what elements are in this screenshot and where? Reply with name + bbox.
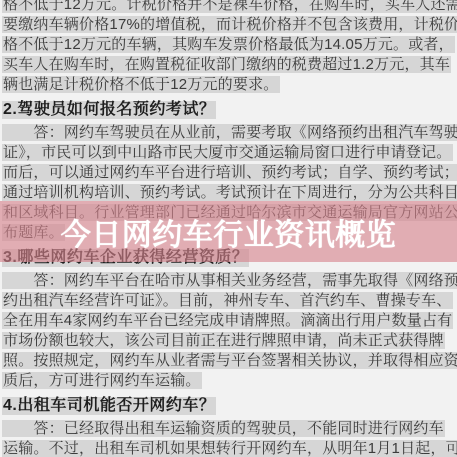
text-line: 运输。不过，出租车司机如果想转行开网约车，从明年1月1日起，可 — [2, 439, 457, 457]
text-line-text: 约出租汽车经营许可证》。目前，神州专车、首汽约车、曹操专车、 — [2, 292, 453, 309]
text-line-text: 答：已经取得出租车运输资质的驾驶员，不能同时进行网约车 — [2, 420, 445, 437]
text-line: 而后，可以通过网约车平台进行培训、预约考试；自学、预约考试； — [2, 163, 457, 183]
text-line: 全在用车4家网约车平台已经完成申请牌照。滴滴出行用户数量占有 — [2, 311, 457, 331]
banner-overlay: 今日网约车行业资讯概览 — [0, 201, 457, 262]
text-line: 买车人在购车时，在购置税征收部门缴纳的税费超过1.2万元，其车 — [2, 55, 457, 75]
text-line-text: 全在用车4家网约车平台已经完成申请牌照。滴滴出行用户数量占有 — [2, 312, 453, 329]
text-line-text: 格不低于12万元的车辆，其购车发票价格最低为14.05万元。或者， — [2, 36, 455, 53]
text-line-text: 答：网约车驾驶员在从业前，需要考取《网络预约出租汽车驾驶 — [2, 124, 457, 141]
text-line: 格不低于12万元的车辆，其购车发票价格最低为14.05万元。或者， — [2, 35, 457, 55]
text-line: 答：网约车平台在哈市从事相关业务经营，需事先取得《网络预 — [2, 271, 457, 291]
text-line: 约出租汽车经营许可证》。目前，神州专车、首汽约车、曹操专车、 — [2, 291, 457, 311]
text-line: 答：网约车驾驶员在从业前，需要考取《网络预约出租汽车驾驶 — [2, 123, 457, 143]
banner-title: 今日网约车行业资讯概览 — [61, 210, 397, 254]
text-line: 通过培训机构培训、预约考试。考试预计在下周进行，分为公共科目 — [2, 183, 457, 203]
section-heading: 4.出租车司机能否开网约车？ — [2, 395, 457, 416]
text-line-text: 证》，市民可以到中山路市民大厦市交通运输局窗口进行申请登记。 — [2, 144, 453, 161]
text-line-text: 格不低于12万元。计税价格并不是裸车价格，在购车时，买车人还需 — [2, 0, 457, 13]
text-line-text: 照。按照规定，网约车从业者需与平台签署相关协议，并取得相应资 — [2, 352, 457, 369]
text-line: 市场份额也较大，该公司目前正在进行牌照申请，尚未正式获得牌 — [2, 331, 457, 351]
text-line: 辆也满足计税价格不低于12万元的要求。 — [2, 75, 457, 95]
text-line-text: 质后，方可进行网约车运输。 — [2, 372, 202, 389]
text-line-text: 买车人在购车时，在购置税征收部门缴纳的税费超过1.2万元，其车 — [2, 56, 451, 73]
text-line: 答：已经取得出租车运输资质的驾驶员，不能同时进行网约车 — [2, 419, 457, 439]
text-line-text: 要缴纳车辆价格17%的增值税，而计税价格并不包含该费用，计税价 — [2, 16, 457, 33]
text-line: 格不低于12万元。计税价格并不是裸车价格，在购车时，买车人还需 — [2, 0, 457, 15]
text-line-text: 而后，可以通过网约车平台进行培训、预约考试；自学、预约考试； — [2, 164, 457, 181]
text-line-text: 市场份额也较大，该公司目前正在进行牌照申请，尚未正式获得牌 — [2, 332, 445, 349]
text-line-text: 运输。不过，出租车司机如果想转行开网约车，从明年1月1日起，可 — [2, 440, 457, 457]
text-line: 质后，方可进行网约车运输。 — [2, 371, 457, 391]
section-heading: 2.驾驶员如何报名预约考试？ — [2, 99, 457, 120]
text-line-text: 通过培训机构培训、预约考试。考试预计在下周进行，分为公共科目 — [2, 184, 457, 201]
section-heading-text: 4.出租车司机能否开网约车？ — [2, 397, 216, 415]
section-heading-text: 2.驾驶员如何报名预约考试？ — [2, 101, 216, 119]
text-line-text: 辆也满足计税价格不低于12万元的要求。 — [2, 76, 280, 93]
text-line-text: 答：网约车平台在哈市从事相关业务经营，需事先取得《网络预 — [2, 272, 457, 289]
text-line: 要缴纳车辆价格17%的增值税，而计税价格并不包含该费用，计税价 — [2, 15, 457, 35]
text-line: 照。按照规定，网约车从业者需与平台签署相关协议，并取得相应资 — [2, 351, 457, 371]
text-line: 证》，市民可以到中山路市民大厦市交通运输局窗口进行申请登记。 — [2, 143, 457, 163]
